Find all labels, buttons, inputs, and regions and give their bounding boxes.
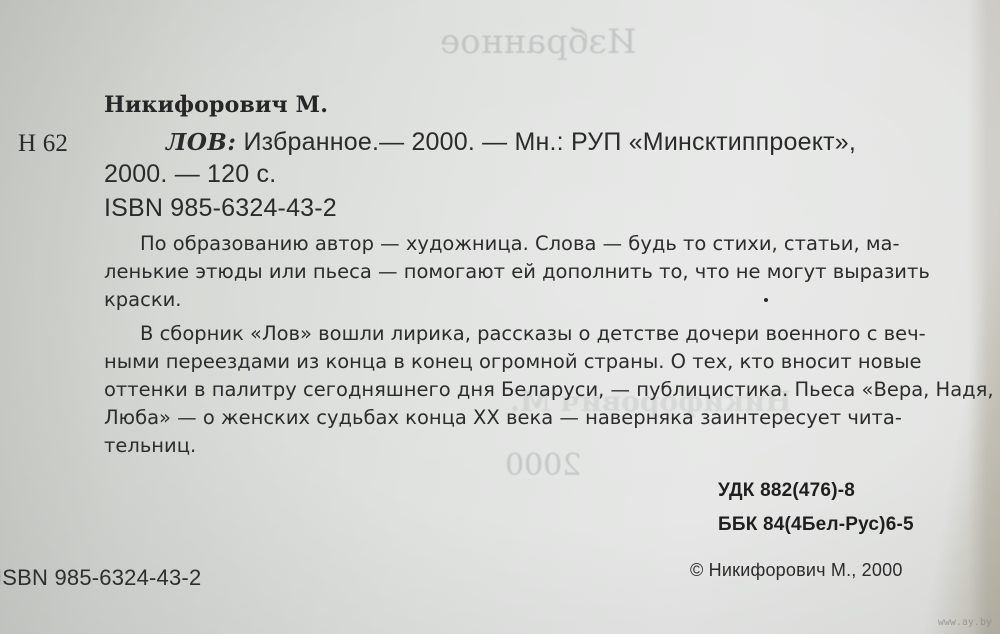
bbk-code: ББК 84(4Бел-Рус)6-5 — [718, 514, 914, 536]
annotation-line: ными переездами из конца в конец огромно… — [104, 348, 964, 376]
annotation-paragraph-1: По образованию автор — художница. Слова … — [104, 230, 964, 314]
author-heading: Никифорович М. — [104, 92, 328, 118]
annotation-paragraph-2: В сборник «Лов» вошли лирика, рассказы о… — [104, 320, 964, 460]
annotation-line: По образованию автор — художница. Слова … — [104, 230, 964, 258]
annotation-line: оттенки в палитру сегодняшнего дня Белар… — [104, 376, 964, 404]
isbn-bottom: ISBN 985-6324-43-2 — [0, 565, 201, 591]
copyright-notice: © Никифорович М., 2000 — [690, 560, 903, 581]
ink-speck — [764, 298, 768, 302]
catalog-code: Н 62 — [18, 130, 68, 158]
book-title: ЛОВ: — [166, 129, 236, 156]
annotation-line: краски. — [104, 286, 964, 314]
udk-code: УДК 882(476)-8 — [718, 480, 855, 502]
title-line: ЛОВ: Избранное.— 2000. — Мн.: РУП «Минск… — [166, 128, 856, 157]
bleed-through-title: Избранное — [440, 22, 637, 62]
annotation-line: В сборник «Лов» вошли лирика, рассказы о… — [104, 320, 964, 348]
title-line-rest: Избранное.— 2000. — Мн.: РУП «Минсктиппр… — [243, 128, 856, 156]
isbn-top: ISBN 985-6324-43-2 — [104, 194, 337, 223]
page-edge-shadow — [968, 0, 1000, 634]
annotation-line: тельниц. — [104, 432, 964, 460]
annotation-line: ленькие этюды или пьеса — помогают ей до… — [104, 258, 964, 286]
site-watermark: www.ay.by — [938, 617, 992, 628]
book-page: Избранное Никифорович М. 2000 Никифорови… — [0, 0, 1000, 634]
annotation-line: Люба» — о женских судьбах конца XX века … — [104, 404, 964, 432]
publication-line: 2000. — 120 с. — [104, 160, 276, 189]
